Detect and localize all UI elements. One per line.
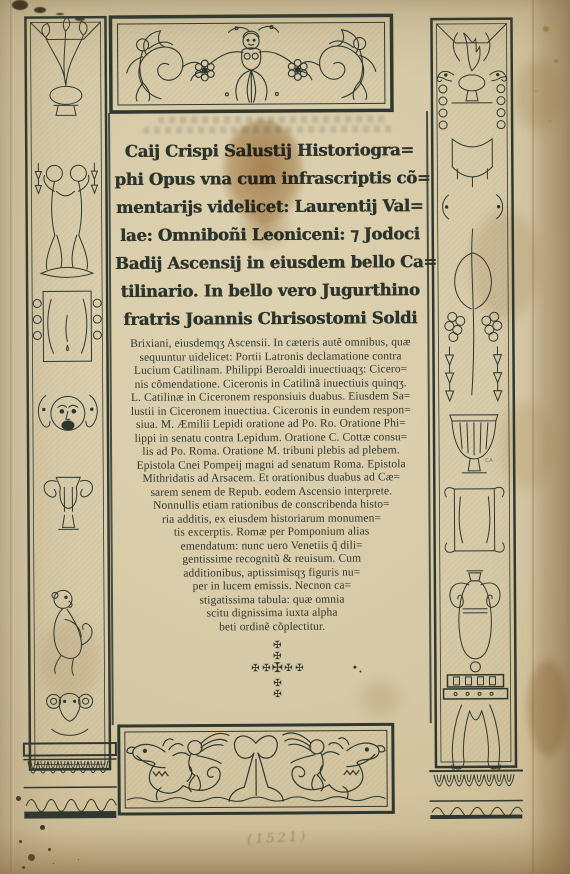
woodcut-signature-mark: ·CA — [483, 458, 493, 464]
cross-ornament: ✠ ✠ ✠ ✠ ✠ ✠ ✠ ✠ ✠ — [117, 640, 427, 706]
ink-speck — [353, 666, 356, 669]
ink-speck — [359, 671, 361, 673]
bottom-edge-shade — [0, 828, 570, 874]
page-fore-edge — [528, 0, 570, 874]
ink-smudge — [12, 0, 28, 10]
maltese-cross-icon: ✠ — [273, 641, 281, 651]
title-line-roman: lis ad Po. Roma. Oratione M. tribuni ple… — [116, 444, 426, 459]
title-line-roman: Mithridatis ad Arsacem. Et orationibus d… — [116, 471, 426, 486]
bottom-frieze-woodcut — [117, 722, 396, 816]
book-page-scan: Caij Crispi Salustij Historiogra= phi Op… — [0, 0, 570, 874]
woodcut-frame: Caij Crispi Salustij Historiogra= phi Op… — [0, 0, 570, 874]
maltese-cross-icon: ✠ — [251, 664, 259, 674]
right-border-woodcut — [423, 17, 524, 820]
title-text-block: Caij Crispi Salustij Historiogra= phi Op… — [114, 136, 427, 635]
title-line-roman: ria additis, ex eiusdem historiarum monu… — [116, 512, 426, 527]
title-line-gothic: tilinario. In bello vero Jugurthino — [115, 276, 425, 306]
title-line-gothic: Badij Ascensij in eiusdem bello Ca= — [115, 248, 425, 278]
title-line-roman: Brixiani, eiusdemqʒ Ascensii. In cæteris… — [115, 336, 425, 351]
title-line-gothic: mentarijs videlicet: Laurentij Val= — [115, 192, 425, 222]
column-base — [430, 771, 522, 820]
title-line-roman: beti ordinẽ cõplectitur. — [117, 620, 427, 635]
title-line-roman: L. Catilinæ in Ciceronem responsiuis dua… — [116, 390, 426, 405]
page-edge-line — [532, 0, 534, 874]
maltese-cross-icon: ✠ — [262, 664, 270, 674]
title-line-roman: Lucium Catilinam. Philippi Beroaldi inue… — [116, 363, 426, 378]
maltese-cross-icon: ✠ — [272, 662, 283, 675]
title-line-gothic: phi Opus vna cum infrascriptis cõ= — [114, 164, 424, 194]
maltese-cross-icon: ✠ — [284, 664, 292, 674]
maltese-cross-icon: ✠ — [295, 664, 303, 674]
title-line-roman: siua. M. Æmilii Lepidi oratione ad Po. R… — [116, 417, 426, 432]
maltese-cross-icon: ✠ — [273, 690, 281, 700]
left-border-frame — [25, 17, 110, 769]
right-border-frame — [431, 19, 516, 767]
title-line-roman: Nonnullis etiam rationibus de conscriben… — [116, 498, 426, 513]
verso-showthrough — [158, 115, 388, 123]
top-frieze-woodcut — [108, 13, 394, 114]
title-line-gothic: Caij Crispi Salustij Historiogra= — [114, 136, 424, 166]
title-line-gothic: lae: Omniboñi Leoniceni: ⁊ Jodoci — [115, 220, 425, 250]
ink-spatter — [16, 796, 21, 801]
left-border-woodcut — [17, 15, 118, 822]
maltese-cross-icon: ✠ — [273, 679, 281, 689]
verso-showthrough — [143, 125, 393, 134]
title-line-gothic: fratris Joannis Chrisostomi Soldi — [115, 304, 425, 334]
